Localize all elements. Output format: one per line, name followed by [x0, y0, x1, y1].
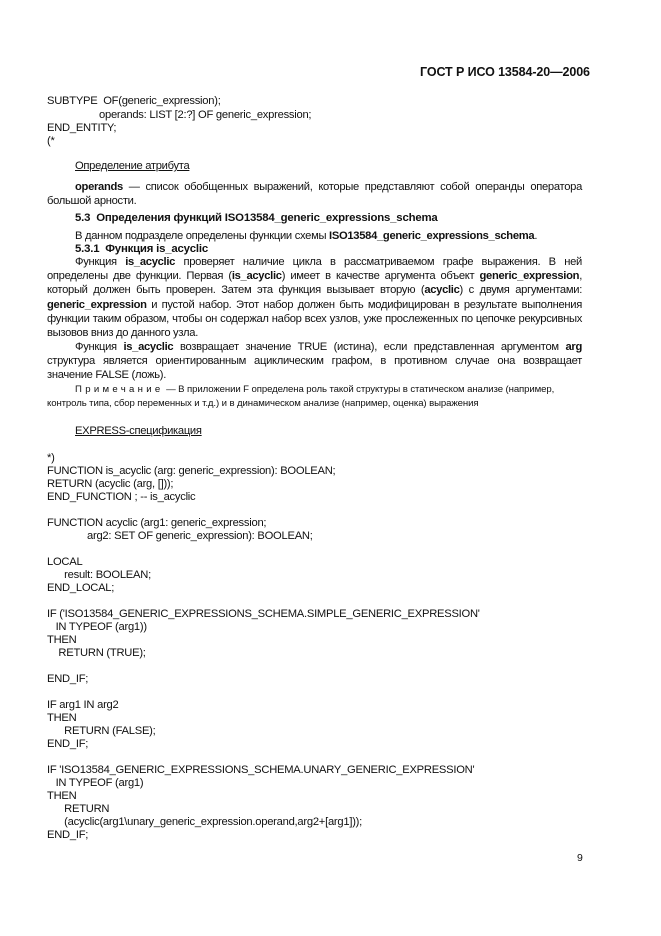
code-line: RETURN (TRUE);: [47, 646, 146, 660]
standard-header: ГОСТ Р ИСО 13584-20—2006: [420, 65, 590, 79]
code-line: RETURN (FALSE);: [47, 724, 156, 738]
code-line: RETURN: [47, 802, 109, 816]
code-line: operands: LIST [2:?] OF generic_expressi…: [99, 108, 311, 122]
code-line: SUBTYPE OF(generic_expression);: [47, 94, 221, 108]
code-line: END_IF;: [47, 828, 88, 842]
is-acyclic-return-description: Функция is_acyclic возвращает значение T…: [47, 340, 582, 383]
code-line: IF 'ISO13584_GENERIC_EXPRESSIONS_SCHEMA.…: [47, 763, 474, 777]
note-label: Примечание: [75, 384, 164, 395]
express-spec-title: EXPRESS-спецификация: [75, 424, 202, 438]
code-line: THEN: [47, 711, 76, 725]
is-acyclic-description: Функция is_acyclic проверяет наличие цик…: [47, 255, 582, 340]
code-line: END_IF;: [47, 737, 88, 751]
section-intro: В данном подразделе определены функции с…: [75, 229, 537, 243]
code-line: END_ENTITY;: [47, 121, 116, 135]
code-line: FUNCTION acyclic (arg1: generic_expressi…: [47, 516, 266, 530]
code-line: IF arg1 IN arg2: [47, 698, 119, 712]
code-line: IF ('ISO13584_GENERIC_EXPRESSIONS_SCHEMA…: [47, 607, 480, 621]
code-line: LOCAL: [47, 555, 82, 569]
attribute-definition-text: operands — список обобщенных выражений, …: [47, 180, 582, 208]
note: Примечание — В приложении F определена р…: [47, 383, 582, 411]
section-heading-5-3-1: 5.3.1 Функция is_acyclic: [75, 242, 208, 256]
code-line: THEN: [47, 633, 76, 647]
code-line: END_IF;: [47, 672, 88, 686]
page-number: 9: [577, 851, 583, 865]
section-heading-5-3: 5.3 Определения функций ISO13584_generic…: [75, 211, 438, 225]
code-line: (*: [47, 134, 55, 148]
code-line: END_LOCAL;: [47, 581, 114, 595]
attribute-definition-title: Определение атрибута: [75, 159, 189, 173]
code-line: IN TYPEOF (arg1)): [47, 620, 147, 634]
code-line: IN TYPEOF (arg1): [47, 776, 143, 790]
code-line: arg2: SET OF generic_expression): BOOLEA…: [47, 529, 313, 543]
code-line: (acyclic(arg1\unary_generic_expression.o…: [47, 815, 362, 829]
code-line: RETURN (acyclic (arg, []));: [47, 477, 173, 491]
code-line: THEN: [47, 789, 76, 803]
code-line: result: BOOLEAN;: [47, 568, 151, 582]
document-page: ГОСТ Р ИСО 13584-20—2006 SUBTYPE OF(gene…: [0, 0, 661, 936]
code-line: *): [47, 451, 55, 465]
code-line: END_FUNCTION ; -- is_acyclic: [47, 490, 195, 504]
code-line: FUNCTION is_acyclic (arg: generic_expres…: [47, 464, 335, 478]
attribute-term: operands: [75, 181, 123, 193]
